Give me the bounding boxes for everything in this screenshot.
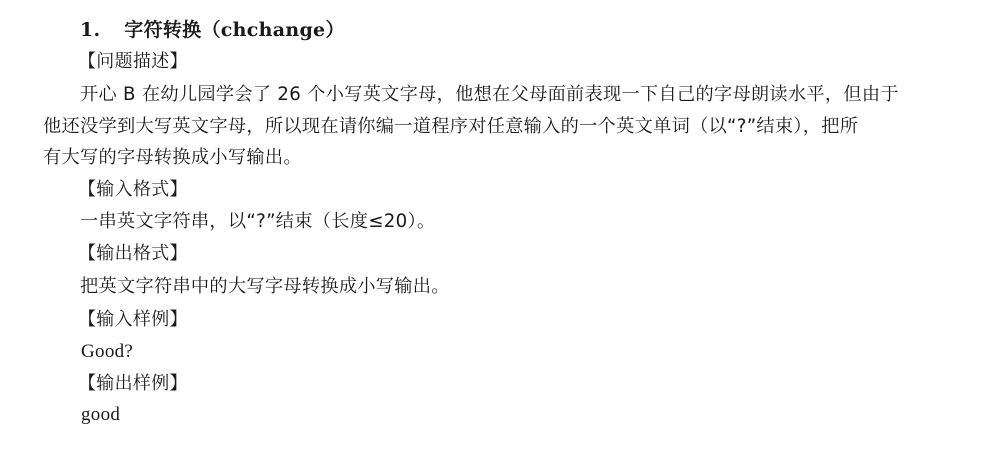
problem-number: 1. xyxy=(80,19,100,41)
description-heading: 【问题描述】 xyxy=(78,50,188,74)
description-line-2: 他还没学到大写英文字母，所以现在请你编一道程序对任意输入的一个英文单词（以“?”… xyxy=(43,115,858,139)
description-line-1: 开心 B 在幼儿园学会了 26 个小写英文字母，他想在父母面前表现一下自己的字母… xyxy=(80,83,899,107)
output-example-heading: 【输出样例】 xyxy=(78,372,188,396)
output-example-text: good xyxy=(81,403,120,427)
problem-title: 字符转换（chchange） xyxy=(124,19,344,41)
problem-title-row: 1. 字符转换（chchange） xyxy=(80,18,345,42)
input-example-heading: 【输入样例】 xyxy=(78,308,188,332)
output-format-heading: 【输出格式】 xyxy=(78,242,188,266)
description-line-3: 有大写的字母转换成小写输出。 xyxy=(43,146,302,170)
output-format-text: 把英文字符串中的大写字母转换成小写输出。 xyxy=(80,275,450,299)
input-format-heading: 【输入格式】 xyxy=(78,178,188,202)
input-example-text: Good? xyxy=(81,340,133,364)
input-format-text: 一串英文字符串，以“?”结束（长度≤20）。 xyxy=(80,210,435,234)
